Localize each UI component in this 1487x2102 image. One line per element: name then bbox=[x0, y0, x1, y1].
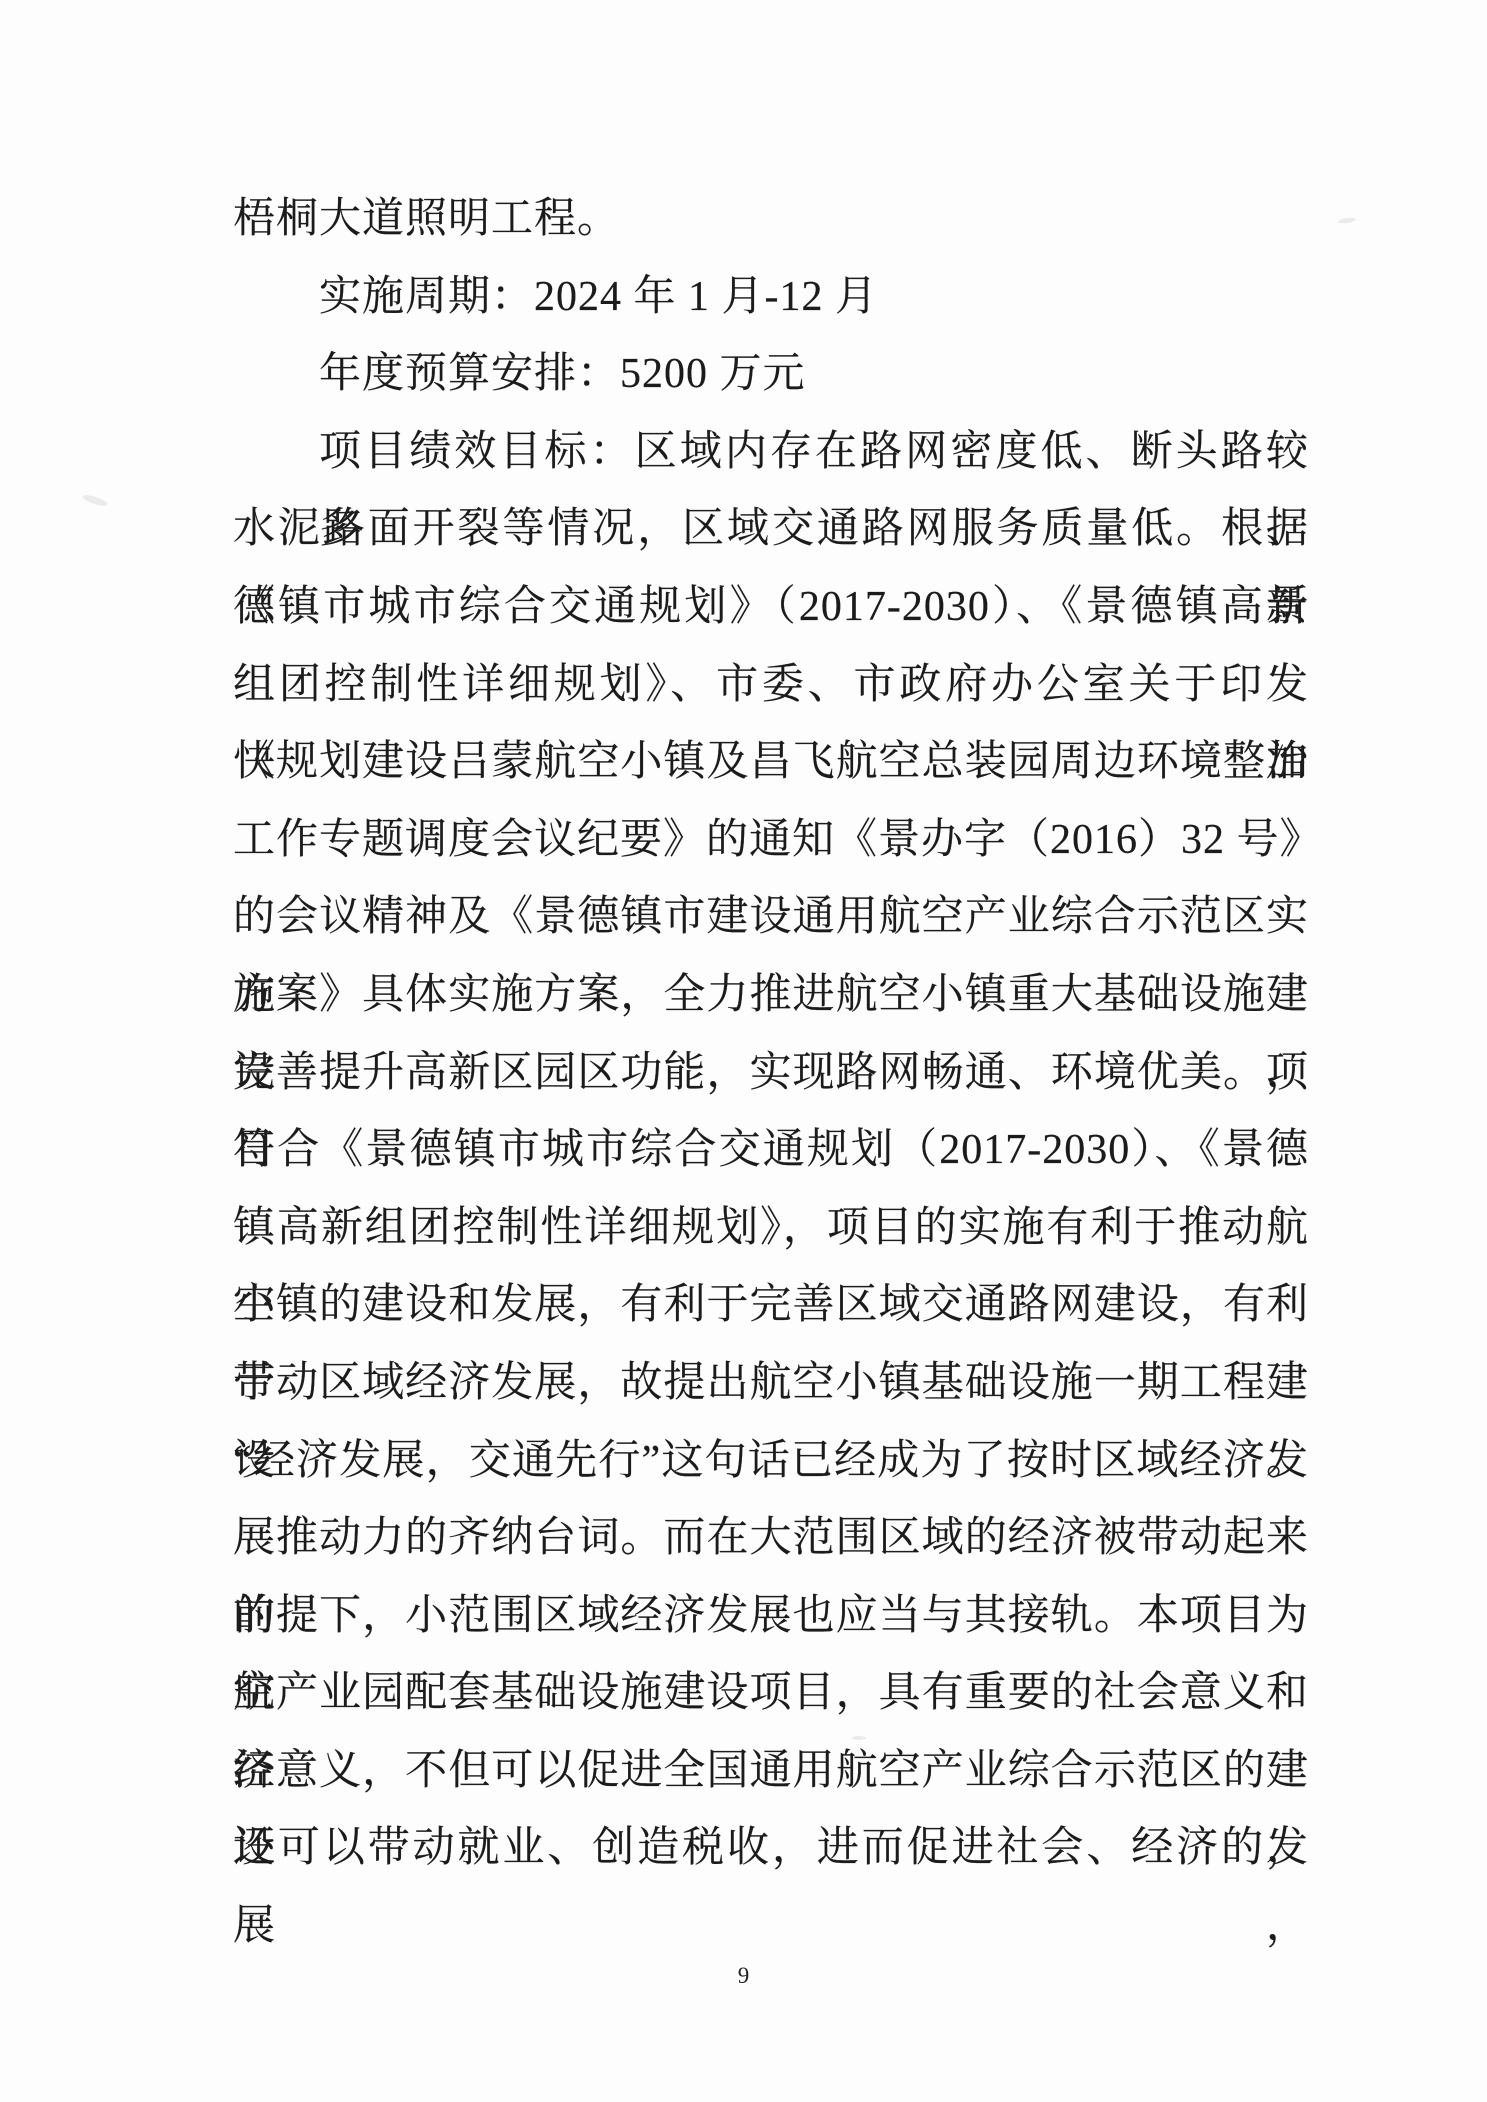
text-line: 符合《景德镇市城市综合交通规划（2017-2030）、《景德 bbox=[233, 1112, 1309, 1190]
text-line: 水泥路面开裂等情况，区域交通路网服务质量低。根据《景 bbox=[233, 491, 1309, 569]
text-line: 快规划建设吕蒙航空小镇及昌飞航空总装园周边环境整治 bbox=[233, 724, 1309, 802]
text-line: 德镇市城市综合交通规划》（2017-2030）、《景德镇高新 bbox=[233, 569, 1309, 647]
text-line: 方案》具体实施方案，全力推进航空小镇重大基础设施建设， bbox=[233, 957, 1309, 1035]
text-line: 济意义，不但可以促进全国通用航空产业综合示范区的建设， bbox=[233, 1733, 1309, 1811]
text-line: 空产业园配套基础设施建设项目，具有重要的社会意义和经 bbox=[233, 1655, 1309, 1733]
text-line: 的会议精神及《景德镇市建设通用航空产业综合示范区实施 bbox=[233, 879, 1309, 957]
document-page: 梧桐大道照明工程。实施周期：2024 年 1 月-12 月年度预算安排：5200… bbox=[0, 0, 1487, 2102]
text-line: 镇高新组团控制性详细规划》，项目的实施有利于推动航空 bbox=[233, 1190, 1309, 1268]
scan-artifact bbox=[82, 493, 109, 508]
text-line: 年度预算安排：5200 万元 bbox=[233, 336, 1309, 414]
text-line: 带动区域经济发展，故提出航空小镇基础设施一期工程建设。 bbox=[233, 1345, 1309, 1423]
text-line: 实施周期：2024 年 1 月-12 月 bbox=[233, 259, 1309, 337]
text-line: 还可以带动就业、创造税收，进而促进社会、经济的发展， bbox=[233, 1810, 1309, 1888]
scan-artifact bbox=[1338, 217, 1357, 224]
text-line: 完善提升高新区园区功能，实现路网畅通、环境优美。项目 bbox=[233, 1035, 1309, 1113]
text-line: 前提下，小范围区域经济发展也应当与其接轨。本项目为航 bbox=[233, 1578, 1309, 1656]
text-line: 工作专题调度会议纪要》的通知《景办字（2016）32 号》 bbox=[233, 802, 1309, 880]
text-line: 梧桐大道照明工程。 bbox=[233, 181, 1309, 259]
text-line: “经济发展，交通先行”这句话已经成为了按时区域经济发 bbox=[233, 1423, 1309, 1501]
text-line: 小镇的建设和发展，有利于完善区域交通路网建设，有利于 bbox=[233, 1267, 1309, 1345]
document-text-block: 梧桐大道照明工程。实施周期：2024 年 1 月-12 月年度预算安排：5200… bbox=[233, 181, 1309, 1888]
page-number: 9 bbox=[0, 1960, 1487, 1992]
text-line: 组团控制性详细规划》、市委、市政府办公室关于印发《加 bbox=[233, 647, 1309, 725]
text-line: 展推动力的齐纳台词。而在大范围区域的经济被带动起来的 bbox=[233, 1500, 1309, 1578]
text-line: 项目绩效目标：区域内存在路网密度低、断头路较多、 bbox=[233, 414, 1309, 492]
